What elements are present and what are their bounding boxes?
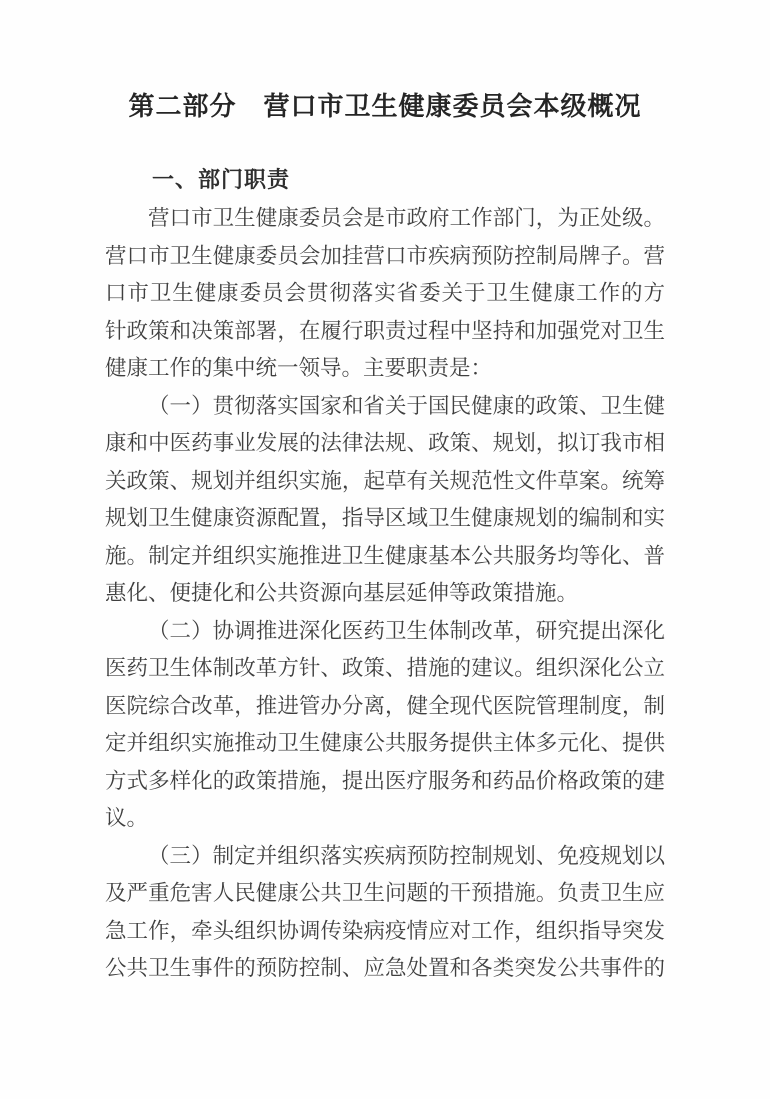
text-line: （三）制定并组织落实疾病预防控制规划、免疫规划以	[105, 838, 665, 876]
text-line: 议。	[105, 800, 665, 838]
text-line: 医院综合改革，推进管办分离，健全现代医院管理制度，制	[105, 688, 665, 726]
text-line: 针政策和决策部署，在履行职责过程中坚持和加强党对卫生	[105, 313, 665, 351]
document-page: 第二部分 营口市卫生健康委员会本级概况 一、部门职责 营口市卫生健康委员会是市政…	[0, 0, 770, 1099]
text-line: （二）协调推进深化医药卫生体制改革，研究提出深化	[105, 613, 665, 651]
text-line: 惠化、便捷化和公共资源向基层延伸等政策措施。	[105, 575, 665, 613]
text-line: 营口市卫生健康委员会是市政府工作部门，为正处级。	[105, 200, 665, 238]
section-heading: 一、部门职责	[105, 165, 665, 195]
text-line: 施。制定并组织实施推进卫生健康基本公共服务均等化、普	[105, 538, 665, 576]
text-line: 营口市卫生健康委员会加挂营口市疾病预防控制局牌子。营	[105, 238, 665, 276]
paragraph-2: （一）贯彻落实国家和省关于国民健康的政策、卫生健 康和中医药事业发展的法律法规、…	[105, 388, 665, 613]
paragraph-1: 营口市卫生健康委员会是市政府工作部门，为正处级。 营口市卫生健康委员会加挂营口市…	[105, 200, 665, 388]
document-title: 第二部分 营口市卫生健康委员会本级概况	[105, 88, 665, 124]
text-line: 健康工作的集中统一领导。主要职责是：	[105, 350, 665, 388]
text-line: 公共卫生事件的预防控制、应急处置和各类突发公共事件的	[105, 950, 665, 988]
text-line: 急工作，牵头组织协调传染病疫情应对工作，组织指导突发	[105, 913, 665, 951]
document-body: 营口市卫生健康委员会是市政府工作部门，为正处级。 营口市卫生健康委员会加挂营口市…	[105, 200, 665, 988]
text-line: 方式多样化的政策措施，提出医疗服务和药品价格政策的建	[105, 763, 665, 801]
text-line: 及严重危害人民健康公共卫生问题的干预措施。负责卫生应	[105, 875, 665, 913]
text-line: 医药卫生体制改革方针、政策、措施的建议。组织深化公立	[105, 650, 665, 688]
text-line: 关政策、规划并组织实施，起草有关规范性文件草案。统筹	[105, 463, 665, 501]
paragraph-4: （三）制定并组织落实疾病预防控制规划、免疫规划以 及严重危害人民健康公共卫生问题…	[105, 838, 665, 988]
text-line: （一）贯彻落实国家和省关于国民健康的政策、卫生健	[105, 388, 665, 426]
text-line: 规划卫生健康资源配置，指导区域卫生健康规划的编制和实	[105, 500, 665, 538]
text-line: 定并组织实施推动卫生健康公共服务提供主体多元化、提供	[105, 725, 665, 763]
text-line: 康和中医药事业发展的法律法规、政策、规划，拟订我市相	[105, 425, 665, 463]
paragraph-3: （二）协调推进深化医药卫生体制改革，研究提出深化 医药卫生体制改革方针、政策、措…	[105, 613, 665, 838]
text-line: 口市卫生健康委员会贯彻落实省委关于卫生健康工作的方	[105, 275, 665, 313]
